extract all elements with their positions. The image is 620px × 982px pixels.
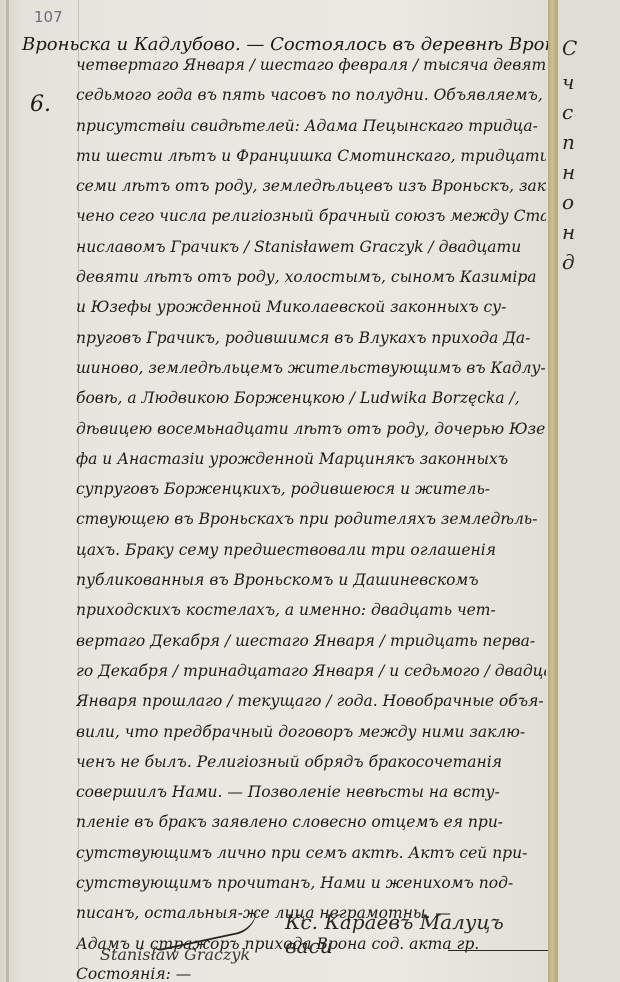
text-line: совершилъ Нами. — Позволеніе невѣсты на … bbox=[76, 777, 546, 807]
text-line: ченъ не былъ. Религіозный обрядъ бракосо… bbox=[76, 747, 546, 777]
page-edge bbox=[6, 0, 9, 982]
register-page: 107 Вроньска и Кадлубово. — Состоялось в… bbox=[0, 0, 548, 982]
entry-body: четвертаго Января / шестаго февраля / ты… bbox=[76, 50, 546, 982]
text-line: цахъ. Браку сему предшествовали три огла… bbox=[76, 535, 546, 565]
text-line: сутствующимъ лично при семъ актѣ. Актъ с… bbox=[76, 838, 546, 868]
text-line: дѣвицею восемьнадцати лѣтъ отъ роду, доч… bbox=[76, 414, 546, 444]
text-line: пруговъ Грачикъ, родившимся въ Влукахъ п… bbox=[76, 323, 546, 353]
text-line: девяти лѣтъ отъ роду, холостымъ, сыномъ … bbox=[76, 262, 546, 292]
text-line: публикованныя въ Вроньскомъ и Дашиневско… bbox=[76, 565, 546, 595]
text-line: Января прошлаго / текущаго / года. Новоб… bbox=[76, 686, 546, 716]
groom-signature: Stanisław Graczyk bbox=[100, 945, 250, 964]
adjacent-text-fragment: о bbox=[562, 190, 574, 214]
text-line: ти шести лѣтъ и Францишка Смотинскаго, т… bbox=[76, 141, 546, 171]
entry-number: 6. bbox=[30, 92, 51, 117]
text-line: бовѣ, а Людвикою Борженцкою / Ludwika Bo… bbox=[76, 383, 546, 413]
signature-underline bbox=[448, 950, 548, 951]
text-line: семи лѣтъ отъ роду, земледѣльцевъ изъ Вр… bbox=[76, 171, 546, 201]
text-line: седьмого года въ пять часовъ по полудни.… bbox=[76, 80, 546, 110]
text-line: вертаго Декабря / шестаго Января / тридц… bbox=[76, 626, 546, 656]
adjacent-text-fragment: С bbox=[562, 36, 577, 60]
book-gutter bbox=[548, 0, 558, 982]
signature-block: Кс. Караевъ Малуцъ васи Stanisław Graczy… bbox=[0, 880, 548, 980]
adjacent-text-fragment: н bbox=[562, 160, 575, 184]
text-line: го Декабря / тринадцатаго Января / и сед… bbox=[76, 656, 546, 686]
text-line: четвертаго Января / шестаго февраля / ты… bbox=[76, 50, 546, 80]
adjacent-text-fragment: д bbox=[562, 250, 575, 274]
text-line: и Юзефы урожденной Миколаевской законных… bbox=[76, 292, 546, 322]
adjacent-text-fragment: п bbox=[562, 130, 575, 154]
text-line: присутствіи свидѣтелей: Адама Пецынскаго… bbox=[76, 111, 546, 141]
text-line: вили, что предбрачный договоръ между ним… bbox=[76, 717, 546, 747]
text-line: ниславомъ Грачикъ / Stanisławem Graczyk … bbox=[76, 232, 546, 262]
text-line: приходскихъ костелахъ, а именно: двадцат… bbox=[76, 595, 546, 625]
adjacent-page-edge: С ч с п н о н д bbox=[558, 0, 620, 982]
text-line: пленіе въ бракъ заявлено словесно отцемъ… bbox=[76, 807, 546, 837]
adjacent-text-fragment: ч bbox=[562, 70, 574, 94]
text-line: чено сего числа религіозный брачный союз… bbox=[76, 201, 546, 231]
text-line: фа и Анастазіи урожденной Марцинякъ зако… bbox=[76, 444, 546, 474]
text-line: ствующею въ Вроньскахъ при родителяхъ зе… bbox=[76, 504, 546, 534]
folio-number: 107 bbox=[34, 8, 63, 26]
adjacent-text-fragment: с bbox=[562, 100, 573, 124]
text-line: шиново, земледѣльцемъ жительствующимъ въ… bbox=[76, 353, 546, 383]
adjacent-text-fragment: н bbox=[562, 220, 575, 244]
text-line: супруговъ Борженцкихъ, родившеюся и жите… bbox=[76, 474, 546, 504]
